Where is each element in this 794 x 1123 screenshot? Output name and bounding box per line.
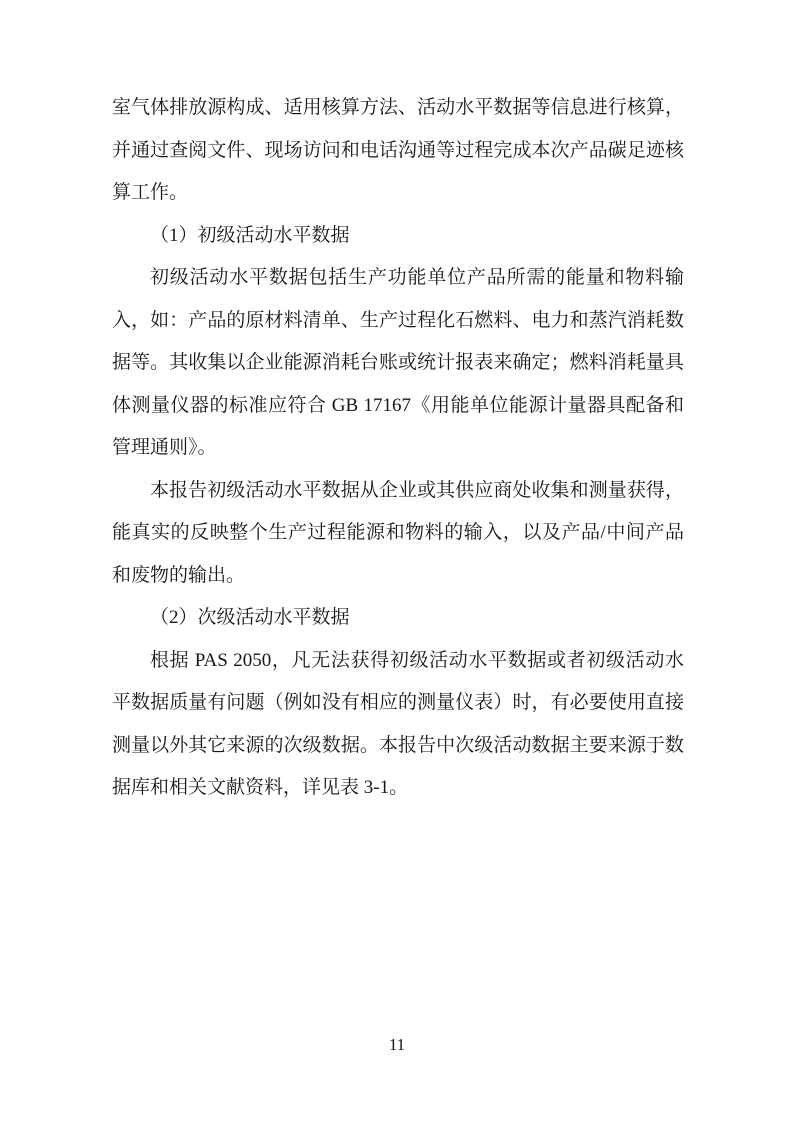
paragraph-primary-activity-description: 初级活动水平数据包括生产功能单位产品所需的能量和物料输入，如：产品的原材料清单、… [112,257,684,470]
paragraph-secondary-activity-description: 根据 PAS 2050，凡无法获得初级活动水平数据或者初级活动水平数据质量有问题… [112,640,684,810]
paragraph-continuation: 室气体排放源构成、适用核算方法、活动水平数据等信息进行核算，并通过查阅文件、现场… [112,87,684,215]
page-body-text: 室气体排放源构成、适用核算方法、活动水平数据等信息进行核算，并通过查阅文件、现场… [112,87,684,810]
paragraph-primary-data-collection: 本报告初级活动水平数据从企业或其供应商处收集和测量获得，能真实的反映整个生产过程… [112,470,684,598]
list-heading-secondary-activity-data: （2）次级活动水平数据 [112,597,684,640]
list-heading-primary-activity-data: （1）初级活动水平数据 [112,215,684,258]
document-page: 室气体排放源构成、适用核算方法、活动水平数据等信息进行核算，并通过查阅文件、现场… [0,0,794,1123]
page-number: 11 [0,1034,794,1056]
